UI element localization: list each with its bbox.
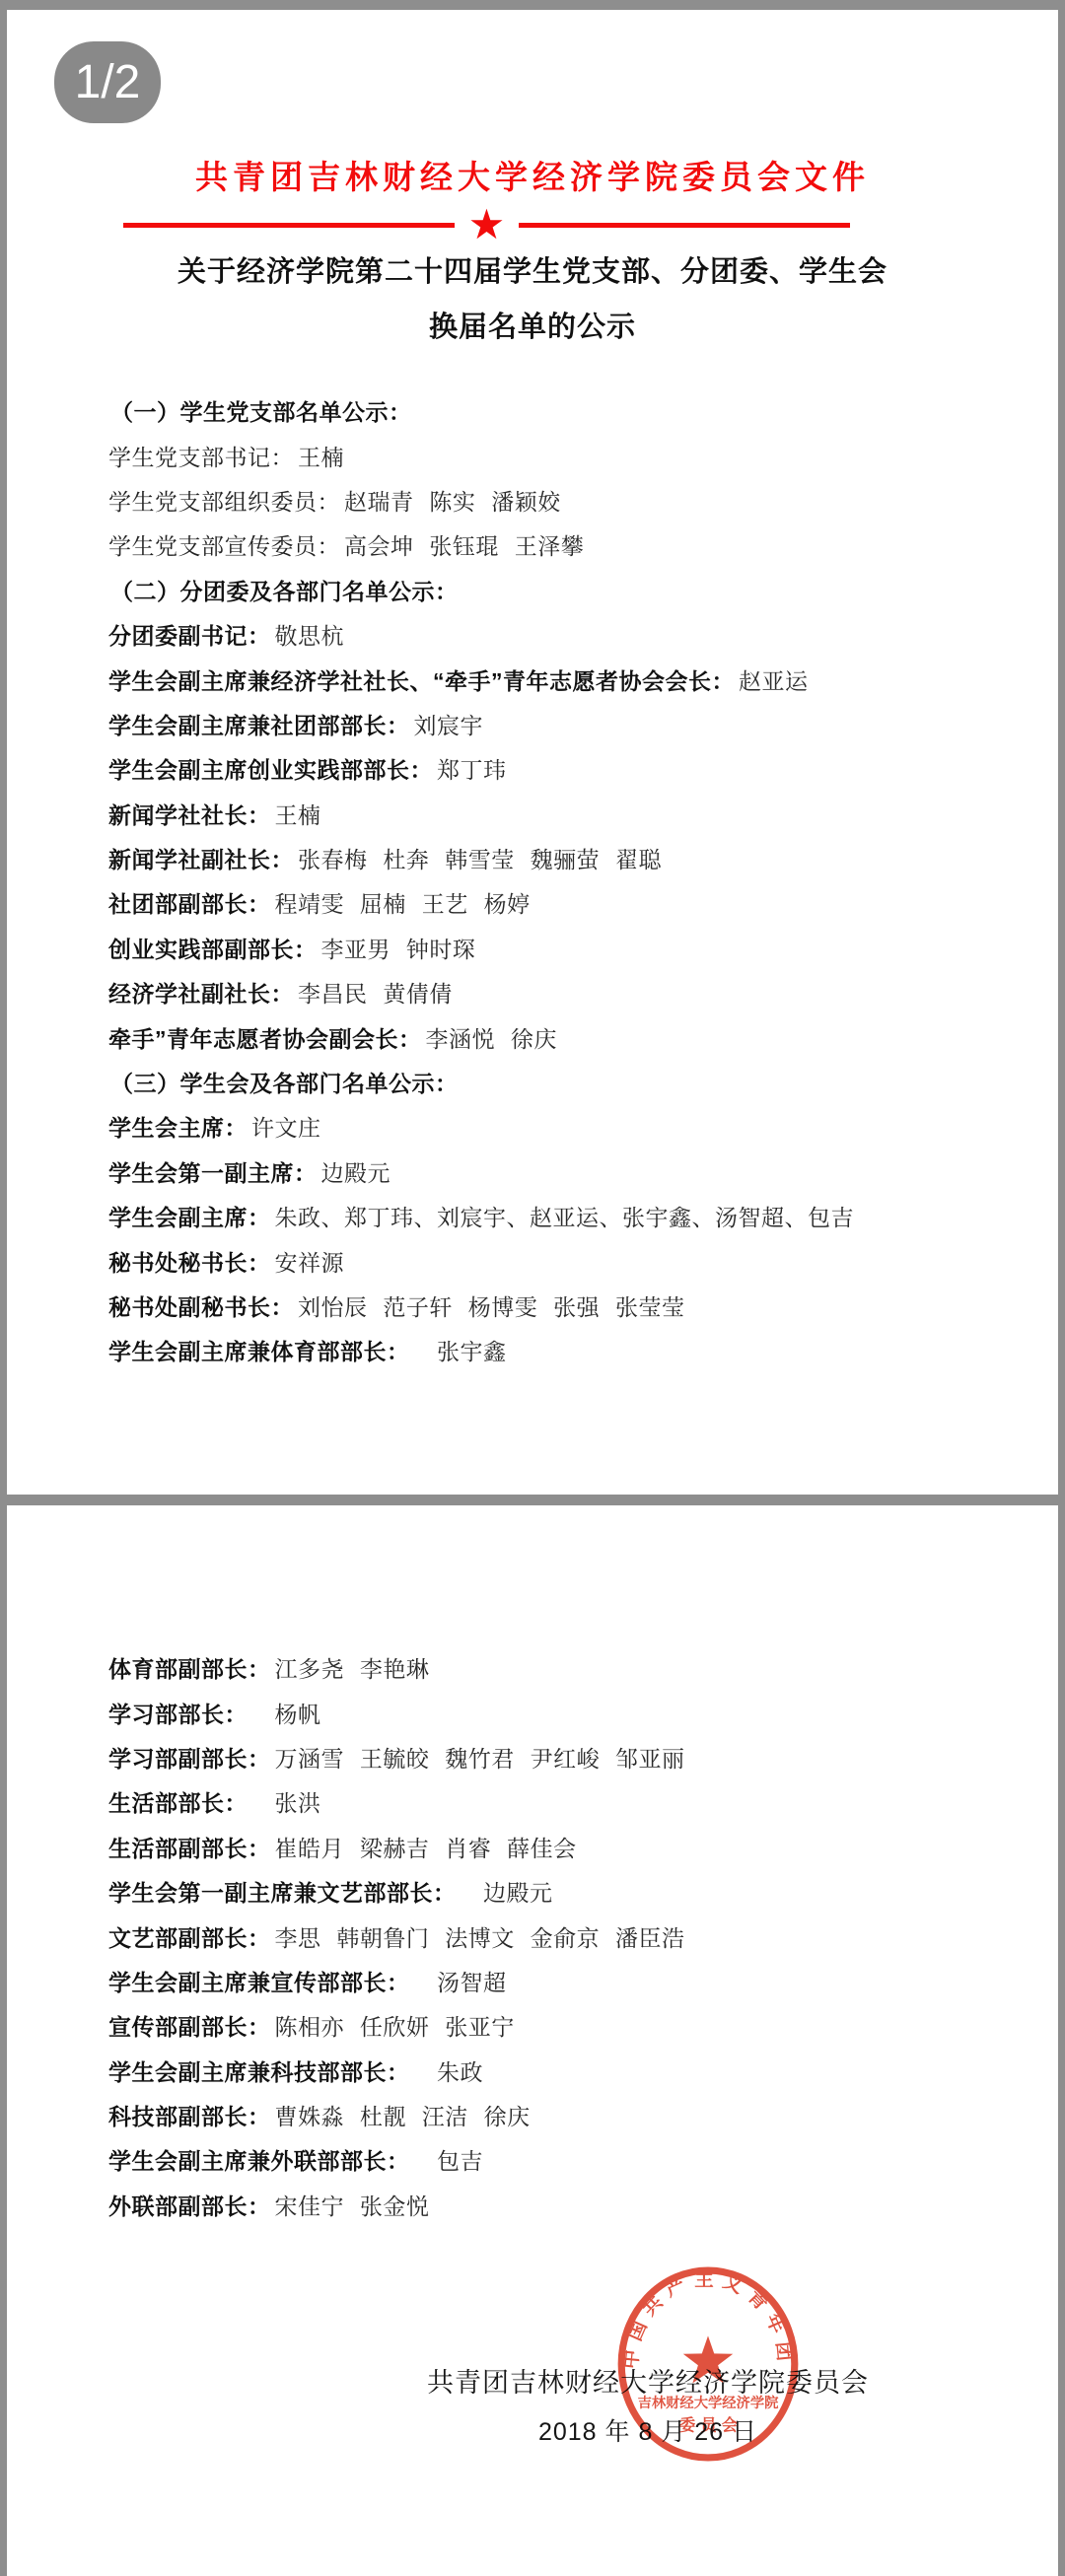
divider-line-left: [123, 223, 455, 228]
line-label: 新闻学社社长：: [108, 798, 271, 830]
line-label: 学生会副主席兼宣传部部长：: [108, 1965, 410, 1997]
document-line: （三）学生会及各部门名单公示：: [108, 1060, 1038, 1104]
document-line: 学习部部长： 杨帆: [108, 1690, 1038, 1734]
line-names: 朱政、郑丁玮、刘宸宇、赵亚运、张宇鑫、汤智超、包吉: [275, 1200, 855, 1232]
line-label: 学生党支部书记：: [108, 440, 294, 472]
document-line: 学生党支部宣传委员：高会坤 张钰琨 王泽攀: [108, 522, 1038, 567]
line-label: （二）分团委及各部门名单公示：: [110, 574, 459, 606]
line-label: 生活部副部长：: [108, 1831, 271, 1863]
line-label: 秘书处秘书长：: [108, 1245, 271, 1278]
document-line: 外联部副部长：宋佳宁 张金悦: [108, 2183, 1038, 2227]
line-names: 赵亚运: [739, 663, 809, 696]
document-line: 生活部副部长：崔皓月 梁赫吉 肖睿 薛佳会: [108, 1825, 1038, 1869]
document-line: 学生会副主席兼体育部部长： 张宇鑫: [108, 1328, 1038, 1372]
line-label: 经济学社副社长：: [108, 976, 294, 1009]
line-label: 学生会副主席兼经济学社社长、“牵手”青年志愿者协会会长：: [108, 663, 735, 696]
line-names: 敬思杭: [275, 618, 345, 651]
document-line: 学生会第一副主席兼文艺部部长： 边殿元: [108, 1869, 1038, 1914]
line-names: 杨帆: [251, 1697, 321, 1729]
document-line: 秘书处秘书长：安祥源: [108, 1238, 1038, 1283]
line-label: 秘书处副秘书长：: [108, 1289, 294, 1322]
line-names: 李昌民 黄倩倩: [298, 976, 453, 1009]
signature-org: 共青团吉林财经大学经济学院委员会: [362, 2357, 934, 2408]
document-line: 学生会副主席兼外联部部长： 包吉: [108, 2137, 1038, 2182]
line-label: 创业实践部副部长：: [108, 932, 318, 964]
document-line: 新闻学社社长：王楠: [108, 792, 1038, 836]
line-label: 学生会副主席兼社团部部长：: [108, 708, 410, 740]
line-names: 汤智超: [414, 1965, 507, 1997]
line-label: 学生会副主席兼外联部部长：: [108, 2143, 410, 2176]
line-names: 郑丁玮: [437, 752, 507, 785]
letterhead-title: 共青团吉林财经大学经济学院委员会文件: [7, 152, 1058, 198]
line-label: 社团部副部长：: [108, 886, 271, 919]
line-names: 高会坤 张钰琨 王泽攀: [344, 528, 584, 561]
line-names: 万涵雪 王毓皎 魏竹君 尹红峻 邹亚丽: [275, 1741, 685, 1774]
line-label: 学生会副主席兼科技部部长：: [108, 2054, 410, 2087]
document-line: 社团部副部长：程靖雯 屈楠 王艺 杨婷: [108, 880, 1038, 925]
document-line: 文艺部副部长：李思 韩朝鲁门 法博文 金俞京 潘臣浩: [108, 1914, 1038, 1958]
document-line: 创业实践部副部长：李亚男 钟时琛: [108, 926, 1038, 970]
line-label: 新闻学社副社长：: [108, 842, 294, 874]
line-names: 赵瑞青 陈实 潘颖姣: [344, 484, 561, 517]
line-names: 李涵悦 徐庆: [426, 1021, 557, 1054]
line-names: 王楠: [298, 440, 344, 472]
document-title-line1: 关于经济学院第二十四届学生党支部、分团委、学生会: [7, 244, 1058, 300]
document-line: 学生党支部书记：王楠: [108, 433, 1038, 477]
document-line: 学生会主席：许文庄: [108, 1104, 1038, 1149]
document-line: 学生会副主席创业实践部部长：郑丁玮: [108, 746, 1038, 791]
screenshot-root: { "page_indicator": "1/2", "colors": { "…: [0, 0, 1065, 2576]
line-label: 学生会主席：: [108, 1110, 248, 1143]
line-names: 程靖雯 屈楠 王艺 杨婷: [275, 886, 531, 919]
line-names: 曹姝淼 杜靓 汪洁 徐庆: [275, 2099, 531, 2131]
document-line: 科技部副部长：曹姝淼 杜靓 汪洁 徐庆: [108, 2093, 1038, 2137]
signature-block: 共青团吉林财经大学经济学院委员会 2018 年 8 月 26 日: [362, 2357, 934, 2456]
document-line: 学生会副主席兼经济学社社长、“牵手”青年志愿者协会会长：赵亚运: [108, 657, 1038, 701]
line-label: 外联部副部长：: [108, 2189, 271, 2221]
line-names: 刘宸宇: [414, 708, 484, 740]
document-line: 学生会副主席：朱政、郑丁玮、刘宸宇、赵亚运、张宇鑫、汤智超、包吉: [108, 1194, 1038, 1238]
document-page-2: 体育部副部长：江多尧 李艳琳学习部部长： 杨帆学习部副部长：万涵雪 王毓皎 魏竹…: [7, 1505, 1058, 2576]
line-names: 朱政: [414, 2054, 484, 2087]
line-label: （一）学生党支部名单公示：: [110, 394, 412, 427]
line-label: 学生党支部组织委员：: [108, 484, 340, 517]
line-names: 张宇鑫: [414, 1334, 507, 1366]
line-label: 学生会副主席兼体育部部长：: [108, 1334, 410, 1366]
line-names: 崔皓月 梁赫吉 肖睿 薛佳会: [275, 1831, 577, 1863]
document-line: 学习部副部长：万涵雪 王毓皎 魏竹君 尹红峻 邹亚丽: [108, 1735, 1038, 1779]
line-names: 张春梅 杜奔 韩雪莹 魏骊萤 翟聪: [298, 842, 662, 874]
document-line: （二）分团委及各部门名单公示：: [108, 568, 1038, 612]
line-names: 安祥源: [275, 1245, 345, 1278]
document-page-1: 共青团吉林财经大学经济学院委员会文件 ★ 关于经济学院第二十四届学生党支部、分团…: [7, 10, 1058, 1495]
line-label: 分团委副书记：: [108, 618, 271, 651]
line-label: 学生会副主席创业实践部部长：: [108, 752, 433, 785]
line-label: 学生党支部宣传委员：: [108, 528, 340, 561]
line-names: 边殿元: [461, 1875, 553, 1908]
line-label: 学生会第一副主席兼文艺部部长：: [108, 1875, 457, 1908]
line-label: 生活部部长：: [108, 1785, 248, 1818]
page2-body: 体育部副部长：江多尧 李艳琳学习部部长： 杨帆学习部副部长：万涵雪 王毓皎 魏竹…: [108, 1645, 1038, 2227]
line-names: 刘怡辰 范子轩 杨博雯 张强 张莹莹: [298, 1289, 685, 1322]
star-icon: ★: [468, 204, 506, 245]
page-indicator-badge[interactable]: 1/2: [54, 41, 161, 123]
line-label: 宣传部副部长：: [108, 2009, 271, 2042]
page1-body: （一）学生党支部名单公示：学生党支部书记：王楠学生党支部组织委员：赵瑞青 陈实 …: [108, 388, 1038, 1373]
line-label: 体育部副部长：: [108, 1651, 271, 1684]
document-line: 学生党支部组织委员：赵瑞青 陈实 潘颖姣: [108, 478, 1038, 522]
svg-text:中国共产主义青年团: 中国共产主义青年团: [619, 2267, 797, 2369]
red-divider: ★: [123, 205, 850, 244]
document-line: 经济学社副社长：李昌民 黄倩倩: [108, 970, 1038, 1014]
document-title: 关于经济学院第二十四届学生党支部、分团委、学生会 换届名单的公示: [7, 244, 1058, 355]
line-names: 江多尧 李艳琳: [275, 1651, 430, 1684]
document-line: 新闻学社副社长：张春梅 杜奔 韩雪莹 魏骊萤 翟聪: [108, 836, 1038, 880]
document-line: 生活部部长： 张洪: [108, 1779, 1038, 1824]
line-names: 王楠: [275, 798, 321, 830]
line-names: 边殿元: [321, 1155, 391, 1188]
line-names: 陈相亦 任欣妍 张亚宁: [275, 2009, 515, 2042]
line-names: 包吉: [414, 2143, 484, 2176]
line-names: 李思 韩朝鲁门 法博文 金俞京 潘臣浩: [275, 1920, 685, 1953]
document-line: 学生会副主席兼社团部部长：刘宸宇: [108, 702, 1038, 746]
document-line: 学生会副主席兼科技部部长： 朱政: [108, 2049, 1038, 2093]
line-names: 李亚男 钟时琛: [321, 932, 476, 964]
line-label: （三）学生会及各部门名单公示：: [110, 1066, 459, 1098]
document-line: （一）学生党支部名单公示：: [108, 388, 1038, 433]
divider-line-right: [519, 223, 850, 228]
document-title-line2: 换届名单的公示: [7, 300, 1058, 355]
line-label: 牵手”青年志愿者协会副会长：: [108, 1021, 422, 1054]
signature-date: 2018 年 8 月 26 日: [362, 2408, 934, 2456]
document-line: 秘书处副秘书长：刘怡辰 范子轩 杨博雯 张强 张莹莹: [108, 1284, 1038, 1328]
line-label: 科技部副部长：: [108, 2099, 271, 2131]
line-label: 学生会第一副主席：: [108, 1155, 318, 1188]
document-line: 体育部副部长：江多尧 李艳琳: [108, 1645, 1038, 1690]
line-names: 许文庄: [251, 1110, 321, 1143]
document-line: 宣传部副部长：陈相亦 任欣妍 张亚宁: [108, 2003, 1038, 2048]
line-label: 文艺部副部长：: [108, 1920, 271, 1953]
line-label: 学生会副主席：: [108, 1200, 271, 1232]
document-line: 学生会第一副主席：边殿元: [108, 1149, 1038, 1194]
document-line: 牵手”青年志愿者协会副会长：李涵悦 徐庆: [108, 1014, 1038, 1059]
line-names: 宋佳宁 张金悦: [275, 2189, 430, 2221]
line-label: 学习部部长：: [108, 1697, 248, 1729]
document-line: 学生会副主席兼宣传部部长： 汤智超: [108, 1959, 1038, 2003]
line-label: 学习部副部长：: [108, 1741, 271, 1774]
line-names: 张洪: [251, 1785, 321, 1818]
seal-arc-text: 中国共产主义青年团: [619, 2267, 797, 2369]
document-line: 分团委副书记：敬思杭: [108, 612, 1038, 657]
